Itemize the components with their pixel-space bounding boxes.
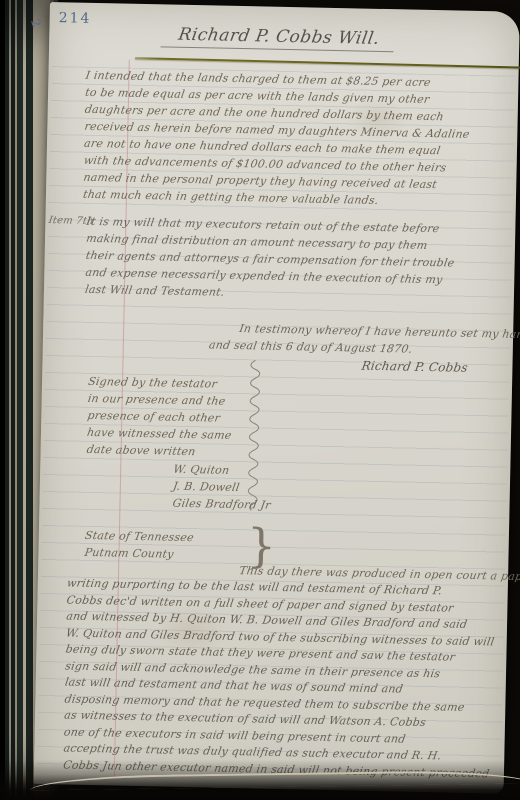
page-title: Richard P. Cobbs Will.: [89, 23, 469, 54]
witness-signature: Giles Bradford Jr: [171, 495, 272, 514]
book-photo: 2 214 Richard P. Cobbs Will. I intended …: [0, 0, 520, 800]
witness-signature: J. B. Dowell: [172, 478, 273, 497]
item7-paragraph: It is my will that my executors retain o…: [84, 213, 454, 306]
testimonium-clause: In testimony whereof I have hereunto set…: [208, 319, 520, 360]
jurat-county: Putnam County: [83, 544, 194, 563]
page-title-text: Richard P. Cobbs Will.: [161, 24, 398, 52]
page-number: 214: [58, 10, 91, 27]
attestation-block: Signed by the testator in our presence a…: [85, 373, 231, 461]
witness-signatures: W. Quiton J. B. Dowell Giles Bradford Jr: [171, 461, 270, 514]
witness-signature: W. Quiton: [172, 461, 273, 480]
text-line: date above written: [85, 441, 232, 461]
testator-signature: Richard P. Cobbs: [360, 358, 466, 377]
gold-rule: [135, 57, 520, 68]
jurat-block: State of Tennessee Putnam County: [83, 527, 192, 563]
probate-paragraph: writing purporting to be the last will a…: [62, 575, 494, 782]
signature-text: Richard P. Cobbs: [360, 358, 469, 377]
ledger-page: 214 Richard P. Cobbs Will. I intended th…: [34, 2, 520, 794]
will-paragraph-lands: I intended that the lands charged to the…: [82, 67, 470, 211]
